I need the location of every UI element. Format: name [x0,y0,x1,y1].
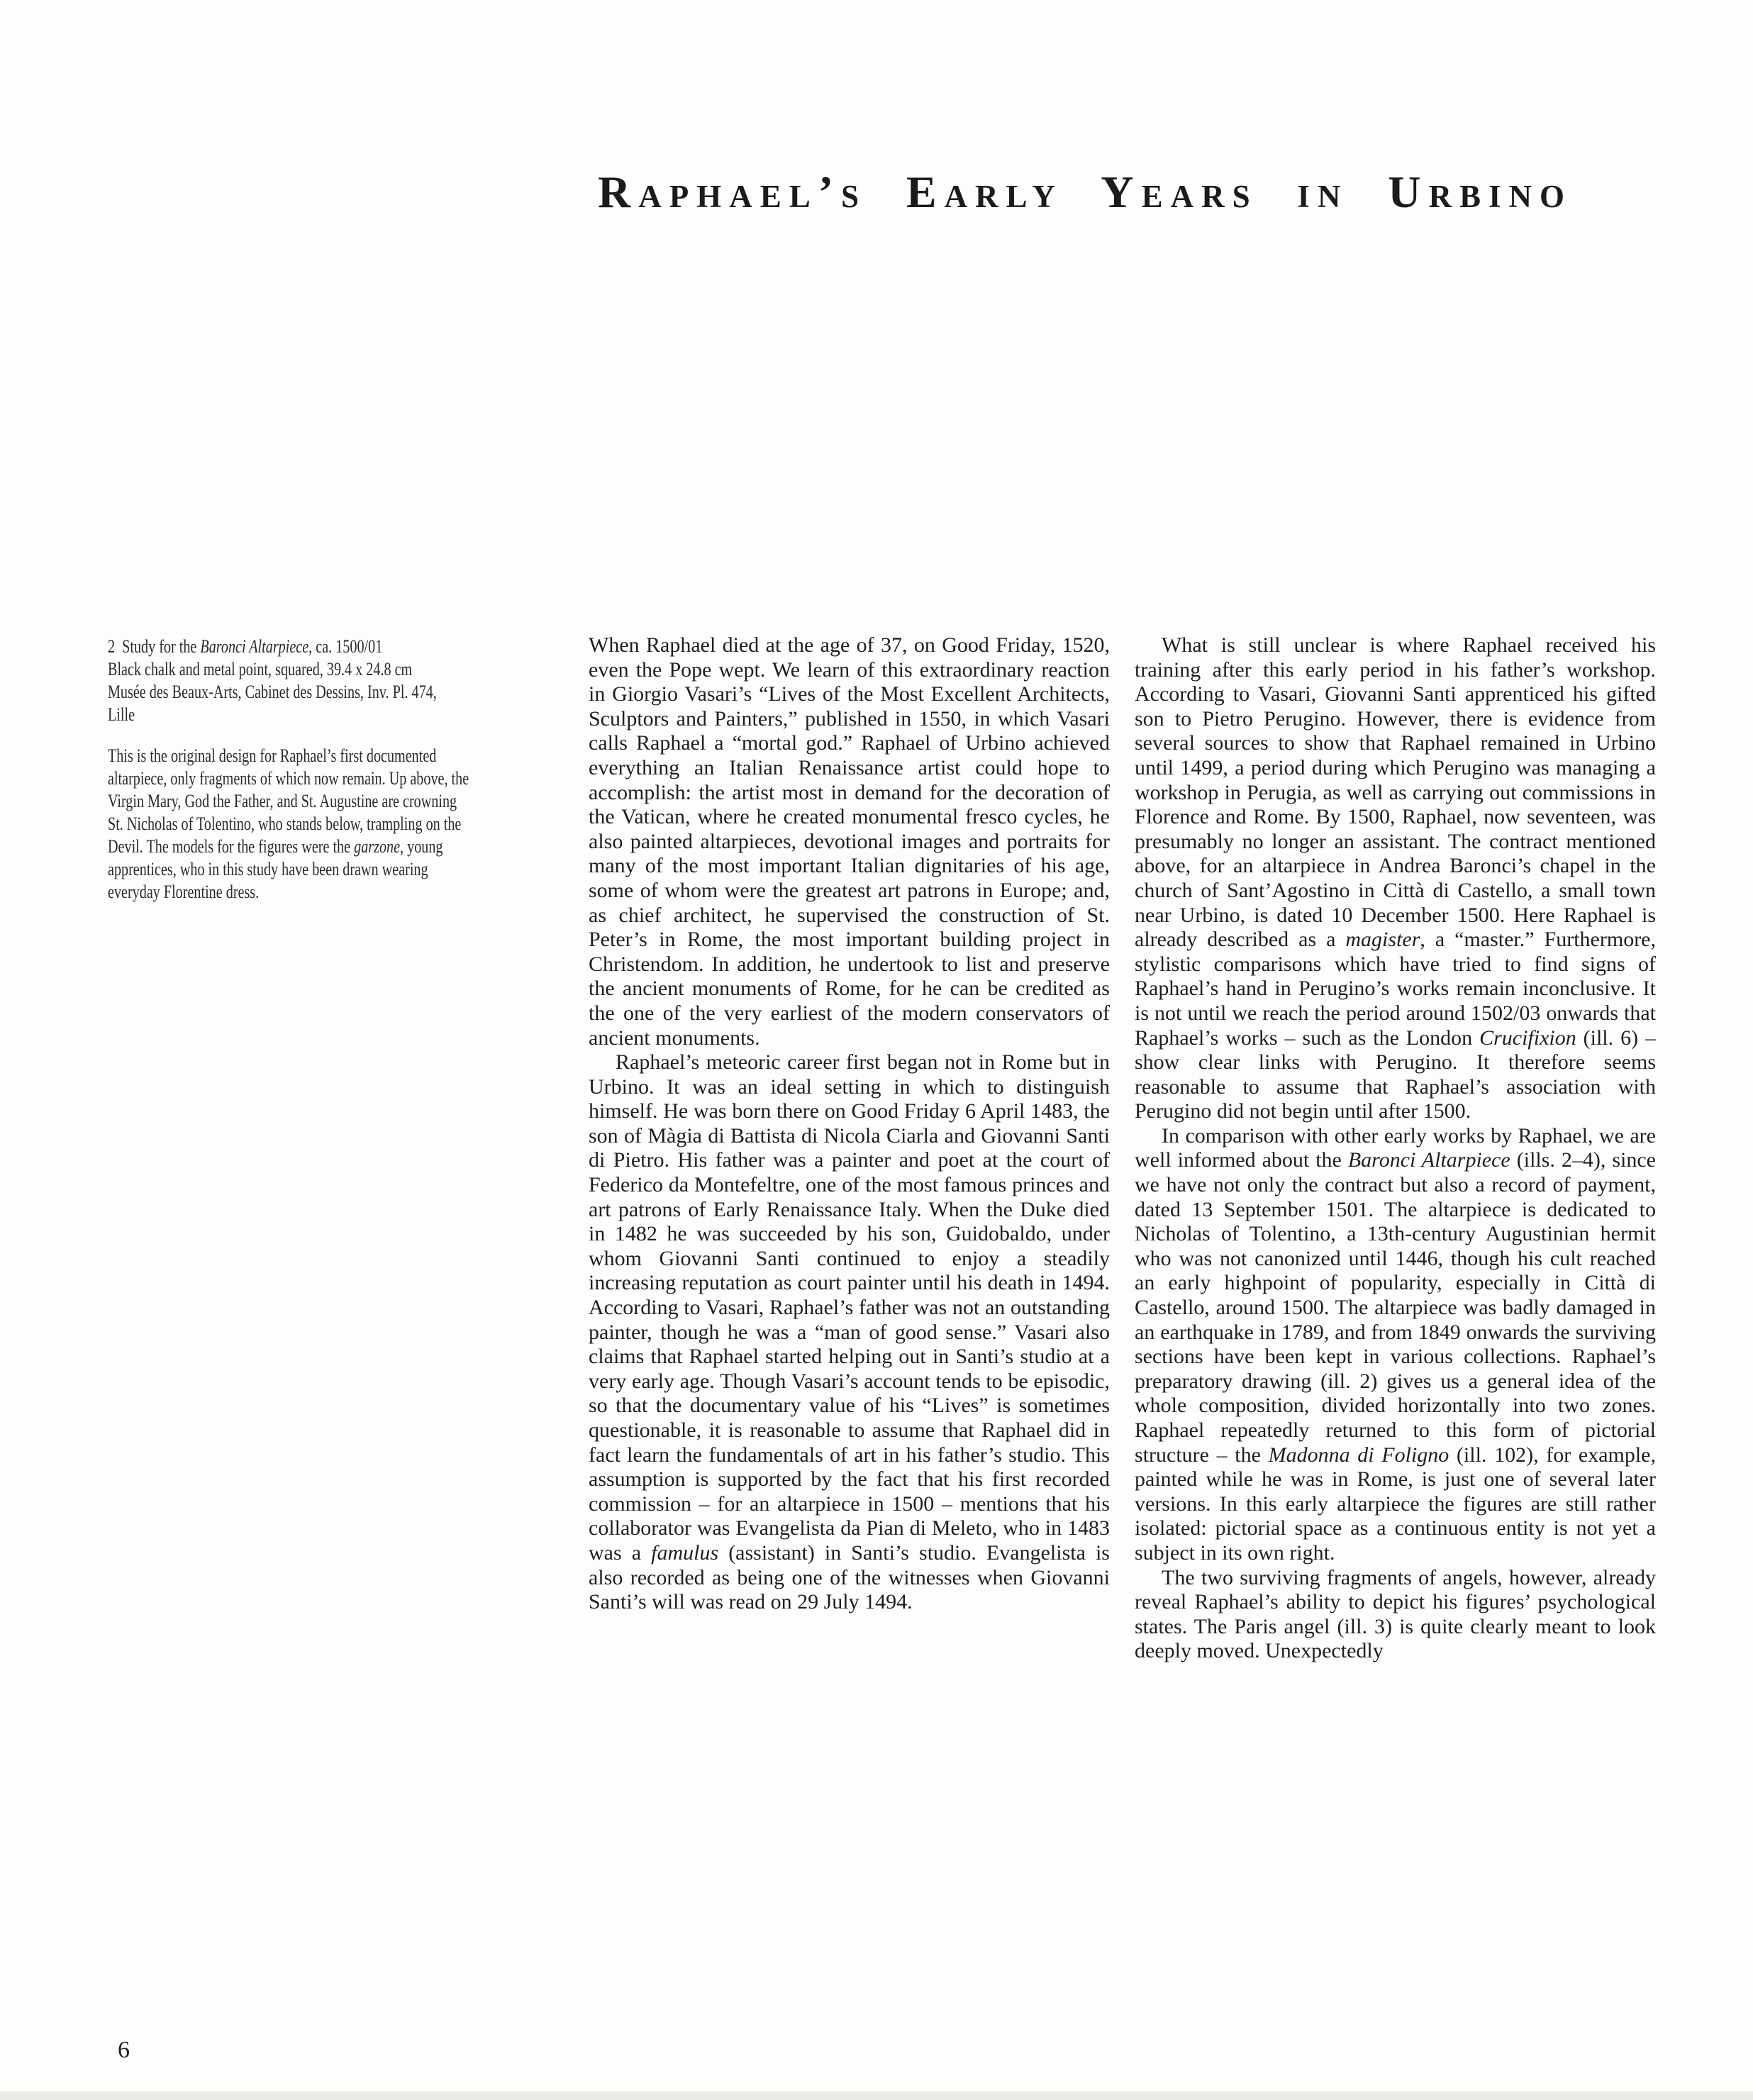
page-title: Raphael’s Early Years in Urbino [496,162,1674,222]
body-paragraph: When Raphael died at the age of 37, on G… [589,633,1110,1050]
figure-caption: 2 Study for the Baronci Altarpiece, ca. … [108,635,471,904]
scan-bottom-edge [0,2091,1753,2100]
body-paragraph: In comparison with other early works by … [1135,1124,1656,1566]
figure-caption-body: This is the original design for Raphael’… [108,745,471,904]
page-number: 6 [118,2037,130,2064]
body-paragraph: The two surviving fragments of angels, h… [1135,1566,1656,1664]
figure-caption-heading: 2 Study for the Baronci Altarpiece, ca. … [108,635,471,726]
book-page: Raphael’s Early Years in Urbino 2 Study … [0,0,1753,2100]
body-column-left: When Raphael died at the age of 37, on G… [589,633,1110,1615]
body-column-right: What is still unclear is where Raphael r… [1135,633,1656,1664]
body-paragraph: What is still unclear is where Raphael r… [1135,633,1656,1124]
body-paragraph: Raphael’s meteoric career first began no… [589,1050,1110,1615]
